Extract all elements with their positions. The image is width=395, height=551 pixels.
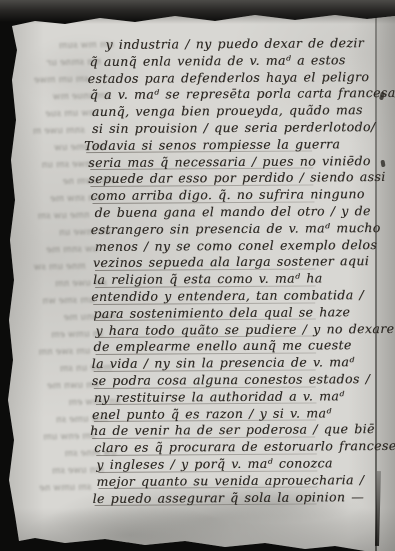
manuscript-line: vezinos sepueda ala larga sostener aqui (93, 253, 391, 272)
manuscript-line: de buena gana el mando del otro / y de (95, 203, 391, 222)
manuscript-text-block: y industria / ny puedo dexar de dezirq̃ … (87, 35, 392, 507)
manuscript-line: y industria / ny puedo dexar de dezir (105, 35, 389, 54)
manuscript-line: la vida / ny sin la presencia de v. maᵈ (92, 354, 392, 373)
manuscript-line: y ingleses / y porq̃ v. maᵈ conozca (96, 455, 392, 474)
manuscript-line: enel punto q̃ es razon / y si v. maᵈ (92, 404, 392, 423)
manuscript-line: seria mas q̃ necessaria / pues no viniēd… (88, 153, 390, 172)
manuscript-line: Todavia si senos rompiesse la guerra (84, 136, 390, 155)
manuscript-line: mejor quanto su venida aprouecharia / (96, 472, 392, 491)
manuscript-line: como arriba digo. q̃. no sufrira ninguno (90, 186, 390, 205)
manuscript-line: aunq̃, venga bien proueyda, quãdo mas (92, 102, 390, 121)
bleedthrough-line: nme uw sm (17, 208, 89, 227)
manuscript-line: q̃ a v. maᵈ se represēta porla carta fra… (90, 85, 390, 104)
manuscript-line: la religion q̃ esta como v. maᵈ ha (93, 270, 391, 289)
bleedthrough-line: um swe nm (20, 344, 90, 362)
bleedthrough-line: mne um sw (19, 259, 86, 277)
manuscript-line: se podra cosa alguna conestos estados / (92, 371, 392, 390)
bleedthrough-line: mwe sm un (16, 156, 93, 175)
manuscript-line: y hara todo quãto se pudiere / y no dexa… (95, 320, 391, 339)
bleedthrough-line: sm enw um (22, 428, 95, 447)
bleedthrough-line: sm uwn me (21, 377, 99, 396)
manuscript-line: claro es q̃ procurara de estoruarlo fran… (94, 438, 392, 457)
bleedthrough-line: sm um mwe (15, 72, 89, 91)
manuscript-line: sepuede dar esso por perdido / siendo as… (88, 169, 390, 188)
bleedthrough-line: sm umw ne (23, 480, 91, 498)
manuscript-line: le puedo assegurar q̃ sola la opinion — (93, 488, 393, 507)
manuscript-line: ha de venir ha de ser poderosa / que biē (90, 421, 392, 440)
manuscript-line: estrangero sin presencia de v. maᵈ mucho (91, 220, 391, 239)
bleedthrough-line: um sme wn (19, 292, 94, 311)
manuscript-page: um mw sumnm smne ursm um mweam snue mwmw… (5, 10, 395, 551)
bleedthrough-line: mw um sue (15, 105, 97, 124)
manuscript-line: ny restituirse la authoridad a v. maᵈ (94, 388, 392, 407)
manuscript-line: para sostenimiento dela qual se haze (93, 304, 391, 323)
manuscript-line: estados para defenderlos haya el peligro (88, 69, 390, 88)
manuscript-scan: um mw sumnm smne ursm um mweam snue mwmw… (0, 0, 395, 551)
bleedthrough-line: snm uwe m (16, 123, 85, 141)
manuscript-line: menos / ny se como conel exemplo delos (95, 237, 391, 256)
manuscript-line: entendido y entendera, tan combatida / (91, 287, 391, 306)
bleedthrough-line: uw snm me (18, 241, 98, 260)
manuscript-line: q̃ aunq̃ enla venida de v. maᵈ a estos (89, 52, 389, 71)
manuscript-line: si sin prouision / que seria perderlotod… (92, 119, 390, 138)
manuscript-line: de emplearme enello aunq̃ me cueste (93, 337, 391, 356)
